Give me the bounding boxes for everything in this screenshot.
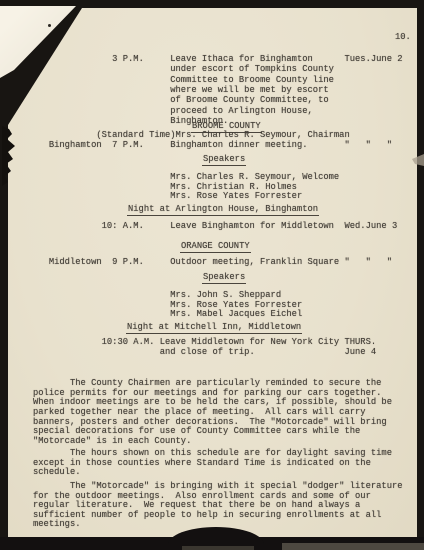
- typed-line: 10: A.M. Leave Binghamton for Middletown…: [33, 222, 397, 231]
- typed-line: Binghamton 7 P.M. Binghamton dinner meet…: [33, 141, 392, 150]
- typed-line: of Broome County Committee, to: [33, 96, 329, 105]
- typed-line: under escort of Tompkins County: [33, 65, 334, 74]
- typed-line: "Motorcade" is in each County.: [33, 437, 191, 446]
- speakers-heading-2: Speakers: [202, 273, 246, 284]
- typed-line: The hours shown on this schedule are for…: [33, 449, 392, 458]
- typed-line: The County Chairmen are particularly rem…: [33, 379, 381, 388]
- typed-line: Committee to Broome County line: [33, 76, 334, 85]
- typed-line: The "Motorcade" is bringing with it spec…: [33, 482, 403, 491]
- typed-line: When indoor meetings are to be held the …: [33, 398, 392, 407]
- orange-county-heading: ORANGE COUNTY: [180, 242, 251, 253]
- typed-line: 10:30 A.M. Leave Middletown for New York…: [33, 338, 376, 347]
- typed-line: meetings.: [33, 520, 81, 529]
- typed-line: Mrs. Mabel Jacques Eichel: [33, 310, 302, 319]
- typed-line: Mrs. Charles R. Seymour, Welcome: [33, 173, 339, 182]
- typed-line: except in those counties where Standard …: [33, 459, 371, 468]
- typed-line: schedule.: [33, 468, 81, 477]
- typed-line: and close of trip. June 4: [33, 348, 376, 357]
- night-mitchell-heading: Night at Mitchell Inn, Middletown: [126, 323, 302, 334]
- typed-line: where we will be met by escort: [33, 86, 329, 95]
- underlying-surface-2: [182, 546, 254, 550]
- underlying-surface: [282, 543, 424, 550]
- typed-line: regular literature. We request that ther…: [33, 501, 360, 510]
- page-number: 10.: [395, 33, 411, 42]
- paper-speck: [48, 24, 51, 27]
- typed-line: special decorations for use of County Co…: [33, 427, 360, 436]
- speakers-heading-1: Speakers: [202, 155, 246, 166]
- typed-line: proceed to Arlington House,: [33, 107, 313, 116]
- typed-line: Mrs. Rose Yates Forrester: [33, 192, 302, 201]
- typed-line: (Standard Time)Mrs. Charles R. Seymour, …: [33, 131, 350, 140]
- typed-line: sufficient number of people to help in s…: [33, 511, 381, 520]
- typed-line: parked together near the place of meetin…: [33, 408, 366, 417]
- night-arlington-heading: Night at Arlington House, Binghamton: [127, 205, 319, 216]
- typed-line: Middletown 9 P.M. Outdoor meeting, Frank…: [33, 258, 392, 267]
- typed-line: 3 P.M. Leave Ithaca for Binghamton Tues.…: [33, 55, 403, 64]
- typed-line: Mrs. John S. Sheppard: [33, 291, 281, 300]
